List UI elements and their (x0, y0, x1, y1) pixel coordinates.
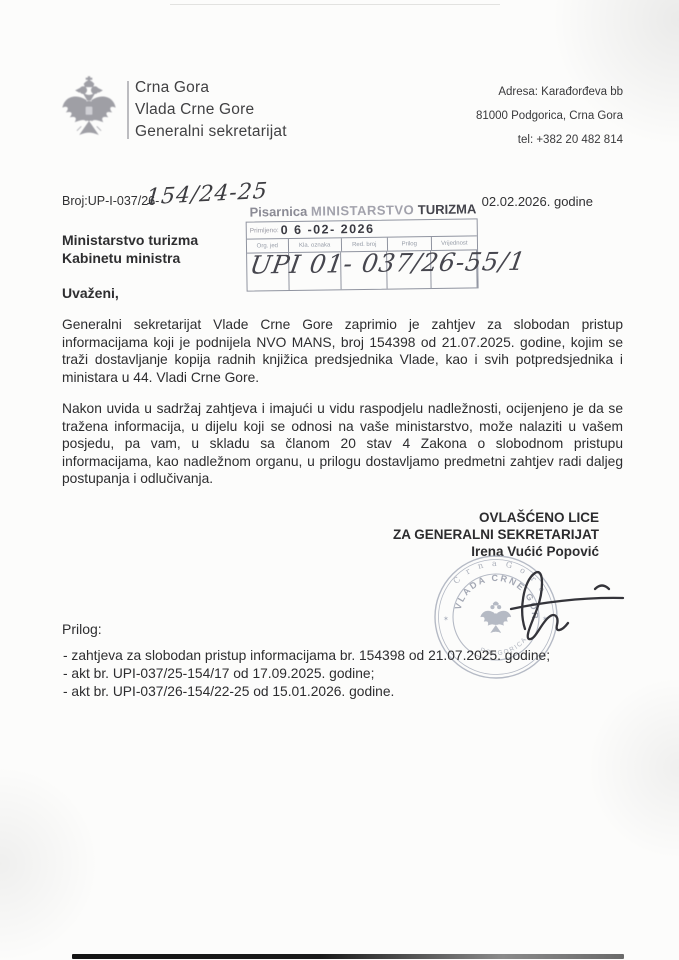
org-line-country: Crna Gora (135, 77, 287, 99)
letterhead-org-block: Crna Gora Vlada Crne Gore Generalni sekr… (135, 77, 287, 142)
signature-title-1: OVLAŠĆENO LICE (393, 509, 599, 526)
letterhead-contact-block: Adresa: Karađorđeva bb 81000 Podgorica, … (476, 80, 623, 152)
letterhead-divider (127, 81, 129, 139)
attachment-item-1: - zahtjeva za slobodan pristup informaci… (63, 647, 550, 665)
montenegro-coat-of-arms-icon (60, 76, 118, 142)
org-line-government: Vlada Crne Gore (135, 99, 287, 121)
contact-phone: tel: +382 20 482 814 (476, 128, 623, 152)
handwritten-signature (495, 563, 635, 651)
stamp-box: Primljeno: 0 6 -02- 2026 Org. jed Kla. o… (246, 218, 479, 291)
recipient-ministry: Ministarstvo turizma (62, 232, 198, 250)
contact-city: 81000 Podgorica, Crna Gora (476, 104, 623, 128)
contact-address: Adresa: Karađorđeva bb (476, 80, 623, 104)
stamp-entry-handwritten: UPI 01- 037/26-55/1 (248, 247, 528, 280)
scanned-letter-page: Crna Gora Vlada Crne Gore Generalni sekr… (0, 0, 679, 960)
stamp-sector: TURIZMA (418, 201, 477, 217)
stamp-received-label: Primljeno: (250, 227, 279, 234)
recipient-cabinet: Kabinetu ministra (62, 250, 198, 268)
body-paragraph-2: Nakon uvida u sadržaj zahtjeva i imajući… (62, 400, 623, 488)
attachment-item-2: - akt br. UPI-037/25-154/17 od 17.09.202… (63, 665, 550, 683)
signature-title-2: ZA GENERALNI SEKRETARIJAT (393, 526, 599, 543)
letter-date: 02.02.2026. godine (482, 194, 593, 209)
stamp-title: Pisarnica MINISTARSTVO TURIZMA (245, 201, 477, 219)
recipient-block: Ministarstvo turizma Kabinetu ministra (62, 232, 198, 267)
attachments-list: - zahtjeva za slobodan pristup informaci… (63, 647, 550, 700)
received-stamp: Pisarnica MINISTARSTVO TURIZMA Primljeno… (245, 201, 478, 291)
org-line-secretariat: Generalni sekretarijat (135, 121, 287, 143)
stamp-entry-row: UPI 01- 037/26-55/1 (247, 250, 477, 290)
stamp-office: Pisarnica (249, 204, 307, 220)
stamp-ministry: MINISTARSTVO (311, 202, 414, 218)
attachment-item-3: - akt br. UPI-037/26-154/22-25 od 15.01.… (63, 683, 550, 701)
seal-star-left-icon: ✶ (443, 615, 449, 623)
salutation: Uvaženi, (62, 285, 119, 301)
attachments-label: Prilog: (62, 621, 102, 637)
stamp-received-date: 0 6 -02- 2026 (281, 222, 375, 237)
body-paragraph-1: Generalni sekretarijat Vlade Crne Gore z… (62, 316, 623, 386)
scan-artifact-bottom-bar (72, 954, 624, 959)
scan-artifact-topline (170, 4, 500, 5)
